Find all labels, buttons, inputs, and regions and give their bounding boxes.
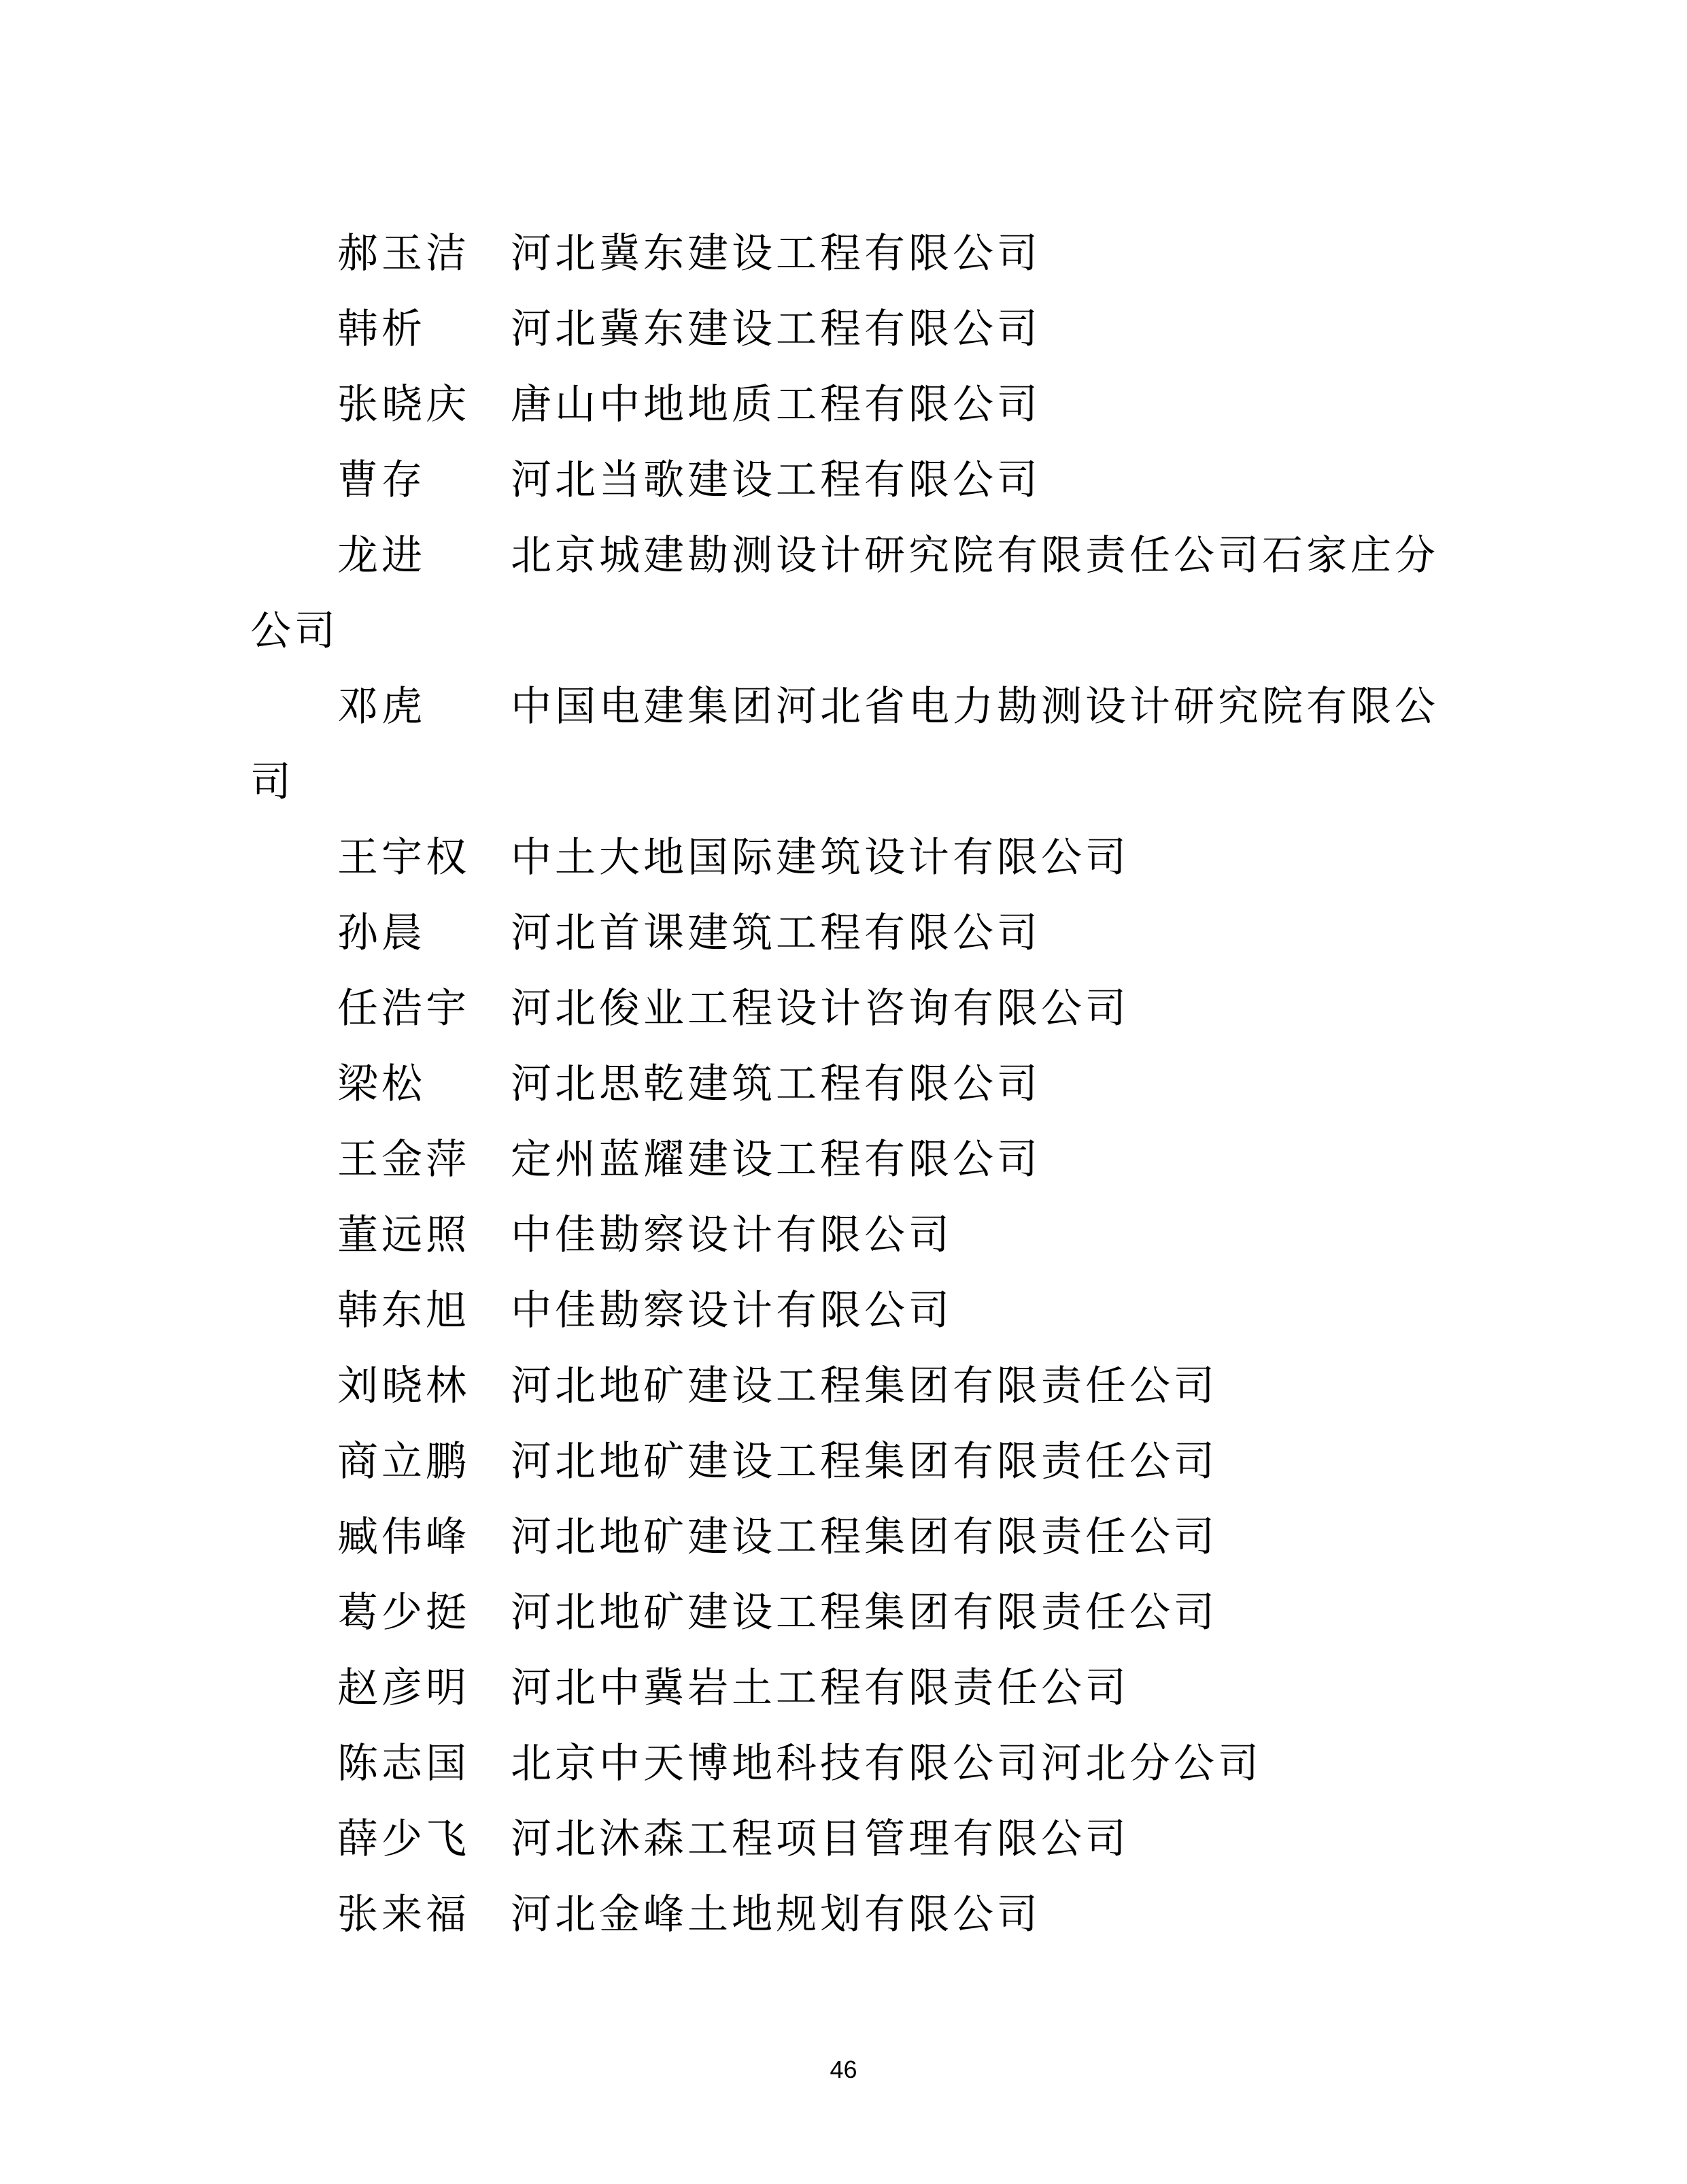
- person-name: 薛少飞: [337, 1802, 511, 1877]
- company-name: 中土大地国际建筑设计有限公司: [511, 834, 1129, 881]
- person-name: 邓虎: [337, 669, 511, 745]
- person-name: 刘晓林: [337, 1349, 511, 1424]
- list-item: 商立鹏河北地矿建设工程集团有限责任公司: [250, 1424, 1448, 1500]
- person-name: 董远照: [337, 1198, 511, 1273]
- person-name: 葛少挺: [337, 1575, 511, 1651]
- list-item: 葛少挺河北地矿建设工程集团有限责任公司: [250, 1575, 1448, 1651]
- company-name: 定州蓝耀建设工程有限公司: [511, 1136, 1041, 1183]
- list-item: 张来福河北金峰土地规划有限公司: [250, 1877, 1448, 1953]
- list-item: 赵彦明河北中冀岩土工程有限责任公司: [250, 1651, 1448, 1726]
- list-item: 龙进北京城建勘测设计研究院有限责任公司石家庄分公司: [250, 518, 1448, 669]
- list-item: 曹存河北当歌建设工程有限公司: [250, 443, 1448, 518]
- document-page: 郝玉洁河北冀东建设工程有限公司 韩析河北冀东建设工程有限公司 张晓庆唐山中地地质…: [0, 0, 1687, 2184]
- person-name: 孙晨: [337, 896, 511, 971]
- list-item: 邓虎中国电建集团河北省电力勘测设计研究院有限公司: [250, 669, 1448, 820]
- person-name: 王金萍: [337, 1122, 511, 1198]
- person-name: 龙进: [337, 518, 511, 594]
- person-name: 张晓庆: [337, 367, 511, 443]
- list-item: 梁松河北思乾建筑工程有限公司: [250, 1047, 1448, 1122]
- person-name: 任浩宇: [337, 971, 511, 1047]
- company-name: 河北地矿建设工程集团有限责任公司: [511, 1362, 1218, 1410]
- list-item: 臧伟峰河北地矿建设工程集团有限责任公司: [250, 1500, 1448, 1575]
- list-item: 王宇权中土大地国际建筑设计有限公司: [250, 820, 1448, 896]
- company-name: 河北中冀岩土工程有限责任公司: [511, 1664, 1129, 1712]
- company-name: 中佳勘察设计有限公司: [511, 1211, 953, 1259]
- person-name: 赵彦明: [337, 1651, 511, 1726]
- list-item: 王金萍定州蓝耀建设工程有限公司: [250, 1122, 1448, 1198]
- company-name: 河北思乾建筑工程有限公司: [511, 1060, 1041, 1108]
- company-name: 河北地矿建设工程集团有限责任公司: [511, 1438, 1218, 1485]
- list-item: 刘晓林河北地矿建设工程集团有限责任公司: [250, 1349, 1448, 1424]
- company-name: 唐山中地地质工程有限公司: [511, 381, 1041, 429]
- person-name: 王宇权: [337, 820, 511, 896]
- person-name: 商立鹏: [337, 1424, 511, 1500]
- page-number: 46: [0, 2055, 1687, 2084]
- list-item: 陈志国北京中天博地科技有限公司河北分公司: [250, 1726, 1448, 1802]
- company-name: 河北地矿建设工程集团有限责任公司: [511, 1589, 1218, 1636]
- company-name: 河北当歌建设工程有限公司: [511, 456, 1041, 504]
- list-item: 董远照中佳勘察设计有限公司: [250, 1198, 1448, 1273]
- person-name: 韩析: [337, 292, 511, 367]
- person-name: 郝玉洁: [337, 216, 511, 292]
- list-item: 韩东旭中佳勘察设计有限公司: [250, 1273, 1448, 1349]
- company-name: 河北首课建筑工程有限公司: [511, 909, 1041, 957]
- company-name: 河北沐森工程项目管理有限公司: [511, 1815, 1129, 1863]
- list-item: 郝玉洁河北冀东建设工程有限公司: [250, 216, 1448, 292]
- person-name: 梁松: [337, 1047, 511, 1122]
- company-name: 河北地矿建设工程集团有限责任公司: [511, 1513, 1218, 1561]
- company-name: 河北金峰土地规划有限公司: [511, 1891, 1041, 1938]
- person-name: 张来福: [337, 1877, 511, 1953]
- company-name: 中佳勘察设计有限公司: [511, 1287, 953, 1334]
- list-item: 任浩宇河北俊业工程设计咨询有限公司: [250, 971, 1448, 1047]
- company-name: 河北冀东建设工程有限公司: [511, 305, 1041, 353]
- person-name: 臧伟峰: [337, 1500, 511, 1575]
- person-name: 曹存: [337, 443, 511, 518]
- list-item: 张晓庆唐山中地地质工程有限公司: [250, 367, 1448, 443]
- name-company-list: 郝玉洁河北冀东建设工程有限公司 韩析河北冀东建设工程有限公司 张晓庆唐山中地地质…: [250, 216, 1448, 1953]
- list-item: 韩析河北冀东建设工程有限公司: [250, 292, 1448, 367]
- person-name: 陈志国: [337, 1726, 511, 1802]
- person-name: 韩东旭: [337, 1273, 511, 1349]
- list-item: 薛少飞河北沐森工程项目管理有限公司: [250, 1802, 1448, 1877]
- company-name: 河北冀东建设工程有限公司: [511, 230, 1041, 278]
- company-name: 河北俊业工程设计咨询有限公司: [511, 985, 1129, 1032]
- list-item: 孙晨河北首课建筑工程有限公司: [250, 896, 1448, 971]
- company-name: 北京中天博地科技有限公司河北分公司: [511, 1740, 1262, 1787]
